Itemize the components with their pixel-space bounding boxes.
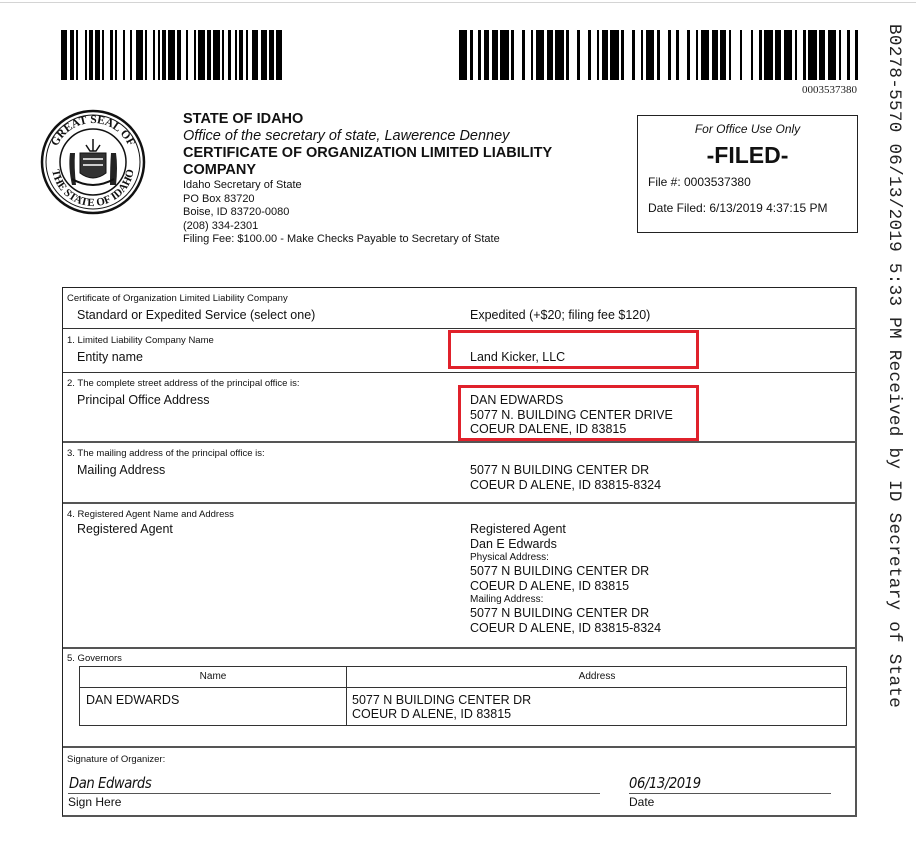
office-name: Office of the secretary of state, Lawere… — [183, 128, 603, 145]
sign-here-label: Sign Here — [68, 795, 121, 809]
column-header-address: Address — [347, 671, 847, 682]
signature-date: 06/13/2019 — [629, 774, 701, 792]
entity-name-highlight — [448, 330, 699, 369]
office-phone: (208) 334-2301 — [183, 220, 603, 234]
barcode-number: 0003537380 — [802, 84, 857, 96]
address-line: 5077 N BUILDING CENTER DR — [352, 693, 531, 707]
date-filed: Date Filed: 6/13/2019 4:37:15 PM — [648, 201, 857, 215]
filing-fee: Filing Fee: $100.00 - Make Checks Payabl… — [183, 233, 603, 247]
filed-status: -FILED- — [638, 142, 857, 169]
signature-line — [68, 793, 600, 794]
physical-address-label: Physical Address: — [470, 551, 661, 564]
mailing-address-row: 3. The mailing address of the principal … — [63, 443, 855, 504]
state-name: STATE OF IDAHO — [183, 111, 603, 128]
governors-table: Name Address DAN EDWARDS 5077 N BUILDING… — [79, 666, 847, 726]
table-header: Name Address — [80, 667, 846, 688]
governor-address: 5077 N BUILDING CENTER DR COEUR D ALENE,… — [352, 693, 531, 721]
registered-agent-value: Registered Agent Dan E Edwards Physical … — [470, 522, 661, 635]
certificate-title: CERTIFICATE OF ORGANIZATION LIMITED LIAB… — [183, 145, 603, 179]
office-use-title: For Office Use Only — [638, 122, 857, 136]
mailing-address-value: 5077 N BUILDING CENTER DR COEUR D ALENE,… — [470, 463, 661, 492]
address-line: 5077 N BUILDING CENTER DR — [470, 606, 661, 621]
letterhead: STATE OF IDAHO Office of the secretary o… — [183, 111, 603, 247]
field-label: Principal Office Address — [77, 393, 209, 407]
section-heading: Signature of Organizer: — [67, 754, 165, 765]
date-label: Date — [629, 795, 654, 809]
field-label: Standard or Expedited Service (select on… — [77, 308, 315, 322]
section-heading: 3. The mailing address of the principal … — [67, 448, 265, 459]
field-label: Registered Agent — [77, 522, 173, 536]
address-line: COEUR D ALENE, ID 83815 — [470, 579, 661, 594]
barcode-right — [459, 30, 861, 80]
office-address-line: Idaho Secretary of State — [183, 179, 603, 193]
address-line: COEUR D ALENE, ID 83815 — [352, 707, 531, 721]
mailing-address-label: Mailing Address: — [470, 593, 661, 606]
date-line — [629, 793, 831, 794]
office-address-line: Boise, ID 83720-0080 — [183, 206, 603, 220]
office-address-line: PO Box 83720 — [183, 193, 603, 207]
address-line: COEUR D ALENE, ID 83815-8324 — [470, 478, 661, 493]
received-stamp: B0278-5570 06/13/2019 5:33 PM Received b… — [884, 24, 904, 708]
address-line: 5077 N BUILDING CENTER DR — [470, 463, 661, 478]
address-line: COEUR D ALENE, ID 83815-8324 — [470, 621, 661, 636]
registered-agent-row: 4. Registered Agent Name and Address Reg… — [63, 504, 855, 649]
file-number: File #: 0003537380 — [648, 175, 857, 189]
barcode-left — [61, 30, 287, 80]
section-heading: Certificate of Organization Limited Liab… — [67, 293, 288, 304]
principal-address-highlight — [458, 385, 699, 441]
service-row: Certificate of Organization Limited Liab… — [63, 288, 855, 329]
column-header-name: Name — [80, 671, 346, 682]
section-heading: 1. Limited Liability Company Name — [67, 335, 214, 346]
page-top-border — [0, 2, 916, 3]
section-heading: 2. The complete street address of the pr… — [67, 378, 300, 389]
section-heading: 4. Registered Agent Name and Address — [67, 509, 234, 520]
agent-name: Dan E Edwards — [470, 537, 661, 552]
idaho-seal-icon: GREAT SEAL OF THE STATE OF IDAHO — [40, 109, 146, 215]
office-use-box: For Office Use Only -FILED- File #: 0003… — [637, 115, 858, 233]
column-divider — [346, 667, 347, 725]
organizer-signature: Dan Edwards — [69, 774, 151, 792]
field-label: Mailing Address — [77, 463, 165, 477]
address-line: 5077 N BUILDING CENTER DR — [470, 564, 661, 579]
field-label: Entity name — [77, 350, 143, 364]
governor-name: DAN EDWARDS — [86, 693, 179, 707]
agent-type: Registered Agent — [470, 522, 661, 537]
section-heading: 5. Governors — [67, 653, 122, 664]
service-value: Expedited (+$20; filing fee $120) — [470, 308, 650, 323]
